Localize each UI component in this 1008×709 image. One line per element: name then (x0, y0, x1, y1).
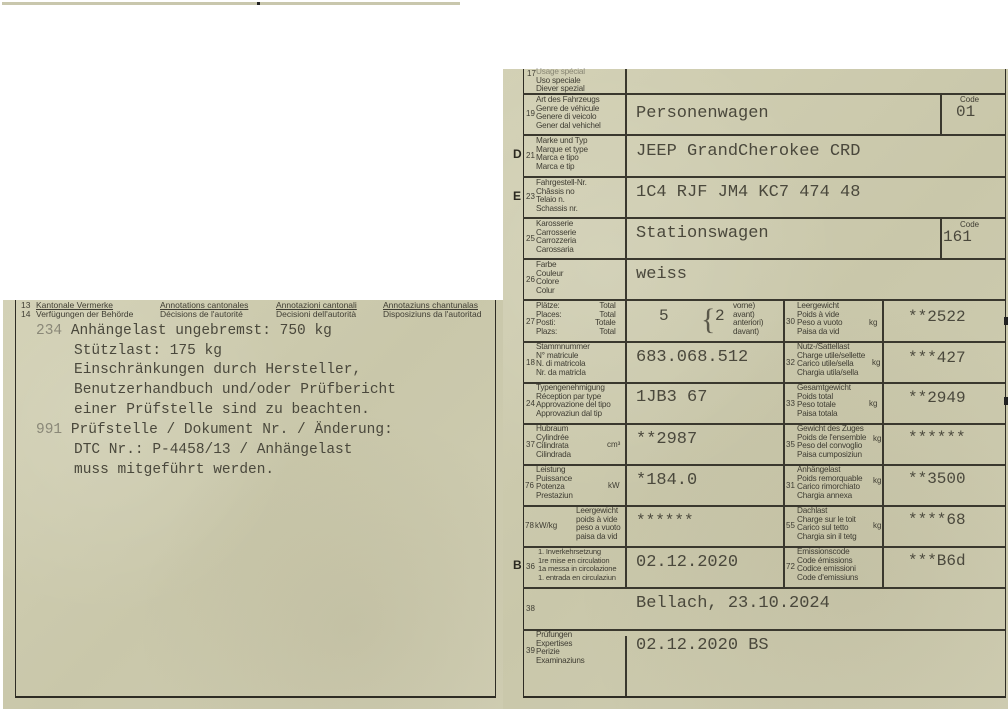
divider (625, 69, 627, 589)
field-number: 26 (526, 275, 535, 284)
body-type-value: Stationswagen (636, 224, 769, 243)
master-number-value: 683.068.512 (636, 348, 748, 367)
label-line: Total (595, 328, 616, 337)
note-line: einer Prüfstelle sind zu beachten. (74, 402, 370, 418)
field-label: Dachlast Charge sur le toit Carico sul t… (797, 507, 856, 541)
field-label: Nutz-/Sattellast Charge utile/sellette C… (797, 343, 865, 377)
column-divider (783, 299, 785, 587)
label-line: davant) (733, 328, 763, 337)
note-line: Einschränkungen durch Hersteller, (74, 362, 361, 378)
field-number: 37 (526, 440, 535, 449)
label-line: Cilindrada (536, 451, 571, 460)
divider (625, 636, 627, 696)
field-label: Fahrgestell-Nr. Châssis no Telaio n. Sch… (536, 179, 587, 213)
label-line: Paisa totala (797, 410, 851, 419)
label-line: Schassis nr. (536, 205, 587, 214)
field-number: 24 (526, 399, 535, 408)
power-ratio-value: ****** (636, 512, 694, 530)
header-rm: Disposiziuns da l'autoritad (383, 310, 481, 319)
header-fr: Décisions de l'autorité (160, 310, 243, 319)
empty-weight-value: **2522 (908, 308, 966, 326)
payload-value: ***427 (908, 349, 966, 367)
edge-mark (1004, 317, 1008, 325)
label-line: Marca e tip (536, 163, 588, 172)
field-label: Plätze: Places: Posti: Plazs: (536, 302, 561, 336)
field-label: Karosserie Carrosserie Carrozzeria Caros… (536, 220, 576, 254)
field-number: 21 (526, 151, 535, 160)
unit-label: cm³ (607, 440, 620, 449)
row-divider (523, 464, 1005, 466)
color-value: weiss (636, 265, 687, 284)
field-number: 36 (526, 562, 535, 571)
field-number: 27 (526, 317, 535, 326)
note-code: 234 (36, 323, 62, 339)
header-de: Verfügungen der Behörde (36, 310, 133, 319)
row-divider (523, 134, 1005, 136)
field-label: Emissionscode Code émissions Codice emis… (797, 548, 858, 582)
unit-label: kW (608, 481, 620, 490)
unit-label: kg (873, 476, 881, 485)
field-number: 31 (786, 481, 795, 490)
power-value: *184.0 (636, 471, 697, 490)
field-number: 25 (526, 234, 535, 243)
note-line: Benutzerhandbuch und/oder Prüfbericht (74, 382, 396, 398)
label-line: Usage spécial (536, 68, 585, 77)
vehicle-type-value: Personenwagen (636, 104, 769, 123)
issue-place-date-value: Bellach, 23.10.2024 (636, 594, 830, 613)
front-seats-label: vorne) avant) anteriori) davant) (733, 302, 763, 336)
field-label: Gewicht des Zuges Poids de l'ensemble Pe… (797, 425, 866, 459)
row-divider (523, 341, 1005, 343)
unit-label: kg (869, 318, 877, 327)
note-line: muss mitgeführt werden. (74, 462, 274, 478)
unit-label: kg (872, 358, 880, 367)
code-box-divider (940, 217, 942, 258)
make-model-value: JEEP GrandCherokee CRD (636, 142, 860, 161)
field-label: Leergewicht poids à vide peso a vuoto pa… (576, 507, 621, 541)
body-type-code: 161 (943, 228, 972, 246)
field-number: 35 (786, 440, 795, 449)
inspections-value: 02.12.2020 BS (636, 636, 769, 655)
field-label: 1. Inverkehrsetzung 1re mise en circulat… (538, 548, 616, 582)
field-number: 78 (525, 521, 534, 530)
label-line: Carossaria (536, 246, 576, 255)
marker-dot (257, 2, 260, 5)
section-letter: B (513, 558, 522, 572)
note-text: Anhängelast ungebremst: 750 kg (71, 323, 332, 339)
field-label: Usage spécial Uso speciale Diever spezia… (536, 68, 585, 94)
note-line: 991 Prüfstelle / Dokument Nr. / Änderung… (36, 422, 393, 438)
note-text: Prüfstelle / Dokument Nr. / Änderung: (71, 422, 393, 438)
field-number: 33 (786, 399, 795, 408)
total-weight-value: **2949 (908, 389, 966, 407)
label-line: Paisa da vid (797, 328, 842, 337)
field-number: 39 (526, 646, 535, 655)
field-label: Marke und Typ Marque et type Marca e tip… (536, 137, 588, 171)
row-divider (523, 629, 1005, 631)
note-line: Stützlast: 175 kg (74, 343, 222, 359)
row-divider (523, 176, 1005, 178)
first-registration-value: 02.12.2020 (636, 553, 738, 572)
unit-label: kg (873, 521, 881, 530)
field-label: Gesamtgewicht Poids total Peso totale Pa… (797, 384, 851, 418)
field-number: 18 (526, 358, 535, 367)
row-divider (523, 587, 1005, 589)
displacement-value: **2987 (636, 430, 697, 449)
unit-label: kg (873, 434, 881, 443)
field-label: Anhängelast Poids remorquable Carico rim… (797, 466, 862, 500)
field-number: 72 (786, 562, 795, 571)
note-code: 991 (36, 422, 62, 438)
label-line: Colur (536, 287, 563, 296)
field-number: 32 (786, 358, 795, 367)
label-line: 1. entrada en circulaziun (538, 574, 616, 583)
row-number: 14 (21, 310, 30, 319)
towing-capacity-value: **3500 (908, 470, 966, 488)
section-letter: E (513, 189, 521, 203)
top-edge-strip (2, 2, 460, 5)
field-number: 17 (527, 69, 536, 78)
vehicle-type-code: 01 (956, 103, 975, 121)
seats-total-value: 5 (659, 307, 669, 325)
label-line: Approvaziun dal tip (536, 410, 611, 419)
field-label: Leergewicht Poids à vide Peso a vuoto Pa… (797, 302, 842, 336)
label-line: Chargia sin il tetg (797, 533, 856, 542)
section-letter: D (513, 147, 522, 161)
field-label: Typengenehmigung Réception par type Appr… (536, 384, 611, 418)
field-number: 30 (786, 317, 795, 326)
field-number: 19 (526, 109, 535, 118)
brace: { (701, 303, 715, 337)
field-number: 55 (786, 521, 795, 530)
emission-code-value: ***B6d (908, 552, 966, 570)
right-page-vehicle-data: 17 Usage spécial Uso speciale Diever spe… (503, 69, 1008, 709)
seats-front-value: 2 (715, 307, 725, 325)
label-line: Paisa cumposiziun (797, 451, 866, 460)
label-line: Examinaziuns (536, 657, 585, 666)
field-label: Prüfungen Expertises Perizie Examinaziun… (536, 631, 585, 665)
chassis-number-value: 1C4 RJF JM4 KC7 474 48 (636, 183, 860, 202)
field-label: Farbe Couleur Colore Colur (536, 261, 563, 295)
field-number: 38 (526, 604, 535, 613)
note-line: DTC Nr.: P-4458/13 / Anhängelast (74, 442, 352, 458)
label-line: Prestaziun (536, 492, 573, 501)
field-number: 23 (526, 192, 535, 201)
label-line: Nr. da matricla (536, 369, 590, 378)
row-divider (523, 423, 1005, 425)
field-label: Leistung Puissance Potenza Prestaziun (536, 466, 573, 500)
header-it: Decisioni dell'autorità (276, 310, 356, 319)
left-page-annotations: 13 Kantonale Vermerke Annotations canton… (3, 300, 503, 709)
label-line: Diever spezial (536, 85, 585, 94)
label-line: paisa da vid (576, 533, 621, 542)
field-label: Art des Fahrzeugs Genre de véhicule Gene… (536, 96, 601, 130)
row-divider (523, 258, 1005, 260)
field-label: Stammnummer N° matricule N. di matricola… (536, 343, 590, 377)
label-line: Plazs: (536, 328, 561, 337)
row-divider (523, 299, 1005, 301)
left-page-frame (15, 300, 496, 698)
edge-mark (1004, 397, 1008, 405)
unit-label: kg (869, 399, 877, 408)
train-weight-value: ****** (908, 429, 966, 447)
roof-load-value: ****68 (908, 511, 966, 529)
label-line: Chargia utila/sella (797, 369, 865, 378)
field-label: Hubraum Cylindrée Cilindrata Cilindrada (536, 425, 571, 459)
field-label-total: Total Total Totale Total (595, 302, 616, 336)
unit-prefix: kW/kg (535, 521, 557, 530)
row-divider (523, 217, 1005, 219)
label-line: Gener dal vehichel (536, 122, 601, 131)
column-divider (882, 299, 884, 587)
code-box-divider (940, 93, 942, 134)
label-line: Chargia annexa (797, 492, 862, 501)
note-line: 234 Anhängelast ungebremst: 750 kg (36, 323, 332, 339)
label-line: Code d'emissiuns (797, 574, 858, 583)
field-number: 76 (525, 481, 534, 490)
type-approval-value: 1JB3 67 (636, 388, 707, 407)
